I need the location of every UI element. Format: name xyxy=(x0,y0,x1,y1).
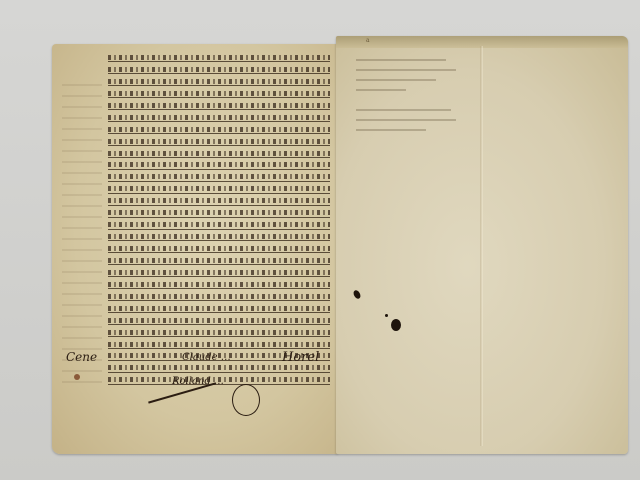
signature-claude: Claude … xyxy=(182,352,231,363)
signature-horel: Horel xyxy=(282,350,319,365)
stain-dot xyxy=(74,374,80,380)
handwritten-text-block xyxy=(108,52,330,386)
signature-cene: Cene xyxy=(66,350,97,364)
ink-spot xyxy=(385,314,388,317)
page-fold xyxy=(480,46,483,446)
ink-blot xyxy=(391,319,401,331)
faint-writing xyxy=(356,51,476,139)
ink-blot xyxy=(352,289,362,300)
left-page: Cene Claude … Horel Rolland … xyxy=(52,44,338,454)
bleed-through-margin xyxy=(62,84,102,384)
signature-rolland: Rolland … xyxy=(172,376,224,387)
right-page: a xyxy=(336,36,628,454)
page-mark: a xyxy=(366,37,370,44)
signature-loop xyxy=(232,384,260,416)
